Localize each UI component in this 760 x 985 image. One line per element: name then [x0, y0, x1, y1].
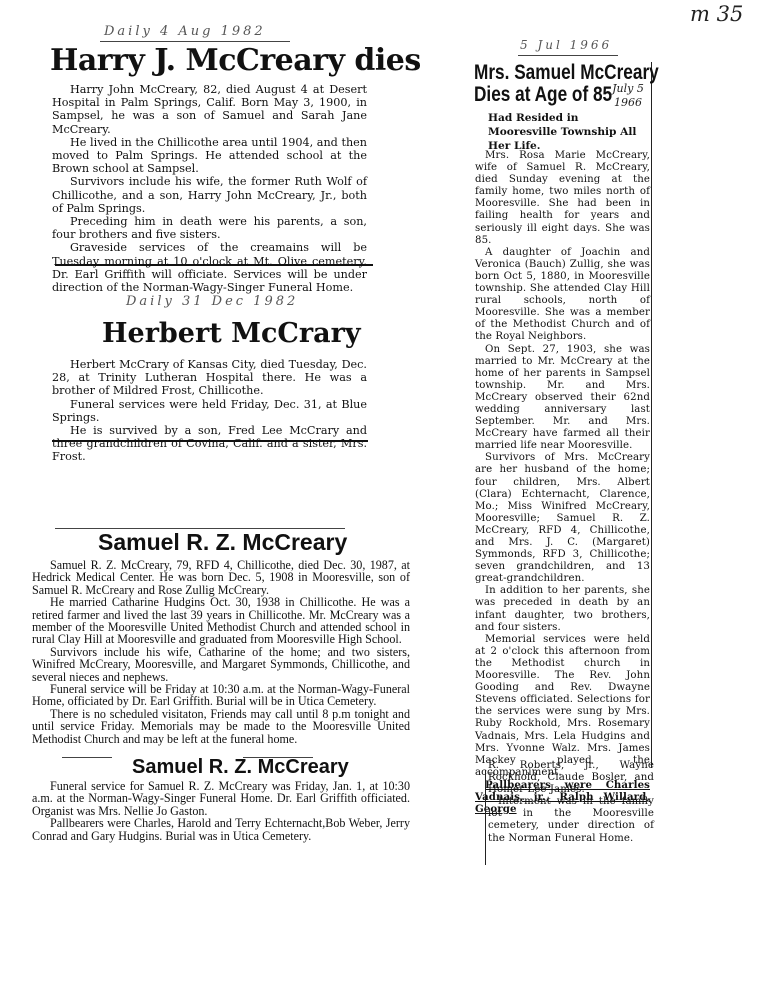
headline: Herbert McCrary: [102, 318, 361, 349]
paragraph: Funeral service will be Friday at 10:30 …: [32, 683, 410, 708]
handwritten-date: July 5 1966: [604, 82, 652, 110]
article-body: Samuel R. Z. McCreary, 79, RFD 4, Chilli…: [32, 559, 410, 745]
paragraph: Pallbearers were Charles, Harold and Ter…: [32, 817, 410, 842]
paragraph: There is no scheduled visitaton, Friends…: [32, 708, 410, 745]
paragraph: Preceding him in death were his parents,…: [52, 215, 367, 241]
paragraph: Funeral service for Samuel R. Z. McCrear…: [32, 780, 410, 817]
paragraph: On Sept. 27, 1903, she was married to Mr…: [475, 344, 650, 453]
date-note: Daily 31 Dec 1982: [126, 294, 298, 309]
subheadline: Had Resided in Mooresville Township All …: [488, 111, 648, 153]
paragraph: Survivors of Mrs. McCreary are her husba…: [475, 452, 650, 585]
column-rule: [485, 770, 486, 865]
paragraph: Memorial services were held at 2 o'clock…: [475, 634, 650, 779]
paragraph: Samuel R. Z. McCreary, 79, RFD 4, Chilli…: [32, 559, 410, 596]
paragraph: Harry John McCreary, 82, died August 4 a…: [52, 83, 367, 136]
headline-line-2: Dies at Age of 85: [474, 84, 612, 106]
date-note: Daily 4 Aug 1982: [104, 24, 266, 39]
paragraph: He is survived by a son, Fred Lee McCrar…: [52, 424, 367, 464]
article-body: Harry John McCreary, 82, died August 4 a…: [52, 83, 367, 294]
paragraph: He married Catharine Hudgins Oct. 30, 19…: [32, 596, 410, 646]
paragraph: Survivors include his wife, Catharine of…: [32, 646, 410, 683]
paragraph: Interment was in the family lot in the M…: [488, 796, 654, 844]
page-marker: m 35: [690, 2, 743, 26]
column-rule: [651, 62, 652, 768]
paragraph: Graveside services of the creamains will…: [52, 241, 367, 294]
paragraph: Herbert McCrary of Kansas City, died Tue…: [52, 358, 367, 398]
date-underline: [518, 55, 618, 56]
article-body: Mrs. Rosa Marie McCreary, wife of Samuel…: [475, 150, 650, 815]
date-underline: [100, 41, 290, 42]
paragraph: R. Roberts, jr., Wayne Rockhold, Claude …: [488, 760, 654, 796]
divider: [55, 264, 373, 266]
article-body: Herbert McCrary of Kansas City, died Tue…: [52, 358, 367, 464]
paragraph: A daughter of Joachin and Veronica (Bauc…: [475, 247, 650, 344]
paragraph: He lived in the Chillicothe area until 1…: [52, 136, 367, 176]
headline: Samuel R. Z. McCreary: [98, 529, 347, 556]
divider: [62, 757, 112, 758]
date-note: 5 Jul 1966: [520, 38, 612, 52]
headline: Harry J. McCreary dies: [50, 43, 421, 78]
headline: Samuel R. Z. McCreary: [132, 756, 349, 779]
paragraph: Funeral services were held Friday, Dec. …: [52, 398, 367, 424]
article-body: Funeral service for Samuel R. Z. McCrear…: [32, 780, 410, 842]
headline-line-1: Mrs. Samuel McCreary: [474, 62, 659, 84]
divider: [52, 440, 368, 442]
paragraph: In addition to her parents, she was prec…: [475, 585, 650, 633]
paragraph: Survivors include his wife, the former R…: [52, 175, 367, 215]
paragraph: Mrs. Rosa Marie McCreary, wife of Samuel…: [475, 150, 650, 247]
article-continuation: R. Roberts, jr., Wayne Rockhold, Claude …: [488, 760, 654, 845]
